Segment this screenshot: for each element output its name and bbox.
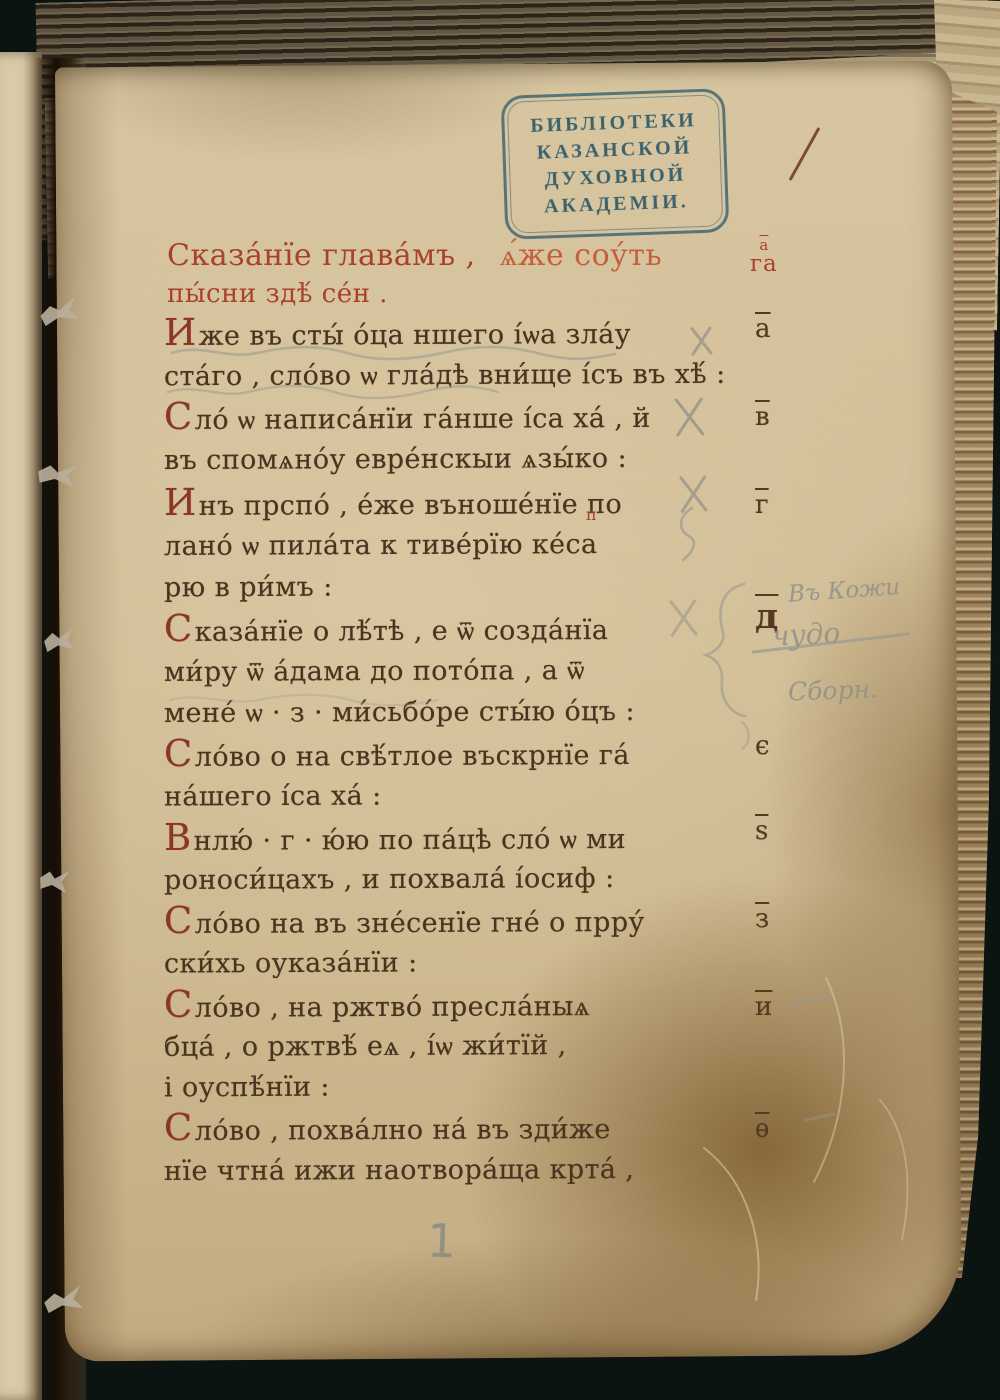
toc-initial: С [164,395,193,438]
toc-line-text: роноси́цахъ , и похвала́ і́осиф : [164,863,615,896]
heading-line-1: Сказа́нїе глава́мъ , ѧ́же соу́ть [167,236,662,273]
pencil-x-mark [668,394,708,440]
toc-line: і оуспѣ́нїи : [164,1072,330,1104]
toc-line-text: ло́во на въ зне́сенїе гне́ о прру́ [195,907,645,940]
toc-line: Инъ прспо́ , е́же въноше́нїе по [164,487,622,522]
toc-line: нїе чтна́ ижи наотвора́ща крта́ , [164,1154,634,1187]
toc-line-text: каза́нїе о лѣ́тѣ , е ѿ созда́нїа [195,615,609,648]
toc-line: Сло́ ѡ написа́нїи га́нше і́са ха́ , й [164,401,651,436]
margin-chapter-header: а га [750,238,778,276]
margin-number: є [755,731,770,761]
toc-line: роноси́цахъ , и похвала́ і́осиф : [164,863,615,896]
toc-initial: И [164,311,197,354]
toc-line: ста́го , сло́во ѡ гла́дѣ вни́ще і́съ въ … [164,359,726,392]
toc-line: бца́ , о ржтвѣ́ еѧ , і́ѡ жи́тїй , [164,1030,567,1063]
toc-line-text: ло́ ѡ написа́нїи га́нше і́са ха́ , й [195,403,651,436]
stamp-line: АКАДЕМІИ. [544,188,690,220]
manuscript-photo: БИБЛІОТЕКИКАЗАНСКОЙДУХОВНОЙАКАДЕМІИ. Ска… [0,0,1000,1400]
pencil-note-2-crossed-out: чудо [771,616,841,653]
margin-number: г [755,490,769,520]
toc-line-text: на́шего і́са ха́ : [164,781,382,813]
toc-initial: С [164,607,193,650]
margin-number: в [755,402,770,432]
toc-initial: С [164,899,193,942]
margin-number: ѕ [755,816,768,846]
toc-line-text: рю в ри́мъ : [164,572,333,604]
toc-line: Сло́во , похва́лно на́ въ зди́же [164,1112,611,1147]
library-stamp: БИБЛІОТЕКИКАЗАНСКОЙДУХОВНОЙАКАДЕМІИ. [501,88,730,240]
toc-line-text: же въ сты́ о́ца ншего і́ѡа зла́у [199,319,631,352]
heading-line-2: пы́сни здѣ́ се́н . [167,279,388,309]
margin-chapter-header-main: га [750,253,778,276]
toc-line-text: нлю́ · г · ю́ю по па́цѣ сло́ ѡ ми [194,824,627,857]
interlinear-red-letter: п [586,505,597,524]
toc-line-text: ло́во , на ржтво́ пресла́ныѧ [195,991,591,1024]
toc-line-text: нъ прспо́ , е́же въноше́нїе по [199,489,623,522]
toc-line-text: нїе чтна́ ижи наотвора́ща крта́ , [164,1154,634,1187]
toc-line-text: ски́хь оуказа́нїи : [164,947,418,979]
toc-line: ми́ру ѿ а́дама до пото́па , а ѿ [164,655,585,688]
toc-line-text: ста́го , сло́во ѡ гла́дѣ вни́ще і́съ въ … [164,359,726,392]
pencil-x-mark [664,596,700,640]
toc-initial: С [164,983,193,1026]
heading-line-1-faded: ѧ́же соу́ть [500,238,663,273]
toc-line: Сло́во о на свѣ́тлое въскрнїе га́ [164,738,630,773]
toc-initial: И [164,481,197,524]
toc-line: на́шего і́са ха́ : [164,781,382,813]
toc-line-text: бца́ , о ржтвѣ́ еѧ , і́ѡ жи́тїй , [164,1030,567,1063]
toc-line-text: въ спомѧно́у евре́нскыи ѧзы́ко : [164,443,627,476]
toc-initial: В [164,816,192,859]
margin-number: ѳ [755,1114,769,1144]
toc-line: Сло́во , на ржтво́ пресла́ныѧ [164,989,590,1024]
margin-number: з [755,904,769,934]
pencil-x-mark [684,324,716,358]
toc-line-text: і оуспѣ́нїи : [164,1072,330,1104]
toc-line-text: ми́ру ѿ а́дама до пото́па , а ѿ [164,655,585,688]
toc-line-text: ло́во , похва́лно на́ въ зди́же [195,1114,611,1147]
margin-number: а [755,314,771,344]
toc-line: Иже въ сты́ о́ца ншего і́ѡа зла́у [164,317,631,352]
library-stamp-text: БИБЛІОТЕКИКАЗАНСКОЙДУХОВНОЙАКАДЕМІИ. [507,94,723,233]
toc-line-text: мене́ ѡ · з · ми́сьбо́ре сты́ю о́цъ : [164,696,635,729]
toc-line: лано́ ѡ пила́та к тиве́рїю ке́са [164,529,598,562]
toc-line: Сло́во на въ зне́сенїе гне́ о прру́ [164,905,645,940]
toc-line-text: лано́ ѡ пила́та к тиве́рїю ке́са [164,529,598,562]
toc-line: въ спомѧно́у евре́нскыи ѧзы́ко : [164,443,627,476]
pencil-note-3: Сборн. [788,674,879,706]
toc-initial: С [164,732,193,775]
toc-line-text: ло́во о на свѣ́тлое въскрнїе га́ [195,740,630,773]
margin-number: и [755,992,772,1022]
toc-line: ски́хь оуказа́нїи : [164,947,418,979]
toc-initial: С [164,1106,193,1149]
page-number-pencil: 1 [426,1214,457,1269]
toc-line: мене́ ѡ · з · ми́сьбо́ре сты́ю о́цъ : [164,696,635,729]
toc-line: Внлю́ · г · ю́ю по па́цѣ сло́ ѡ ми [164,822,626,857]
toc-line: Сказа́нїе о лѣ́тѣ , е ѿ созда́нїа [164,613,608,648]
toc-line: рю в ри́мъ : [164,572,333,604]
pencil-x-mark [672,472,712,516]
